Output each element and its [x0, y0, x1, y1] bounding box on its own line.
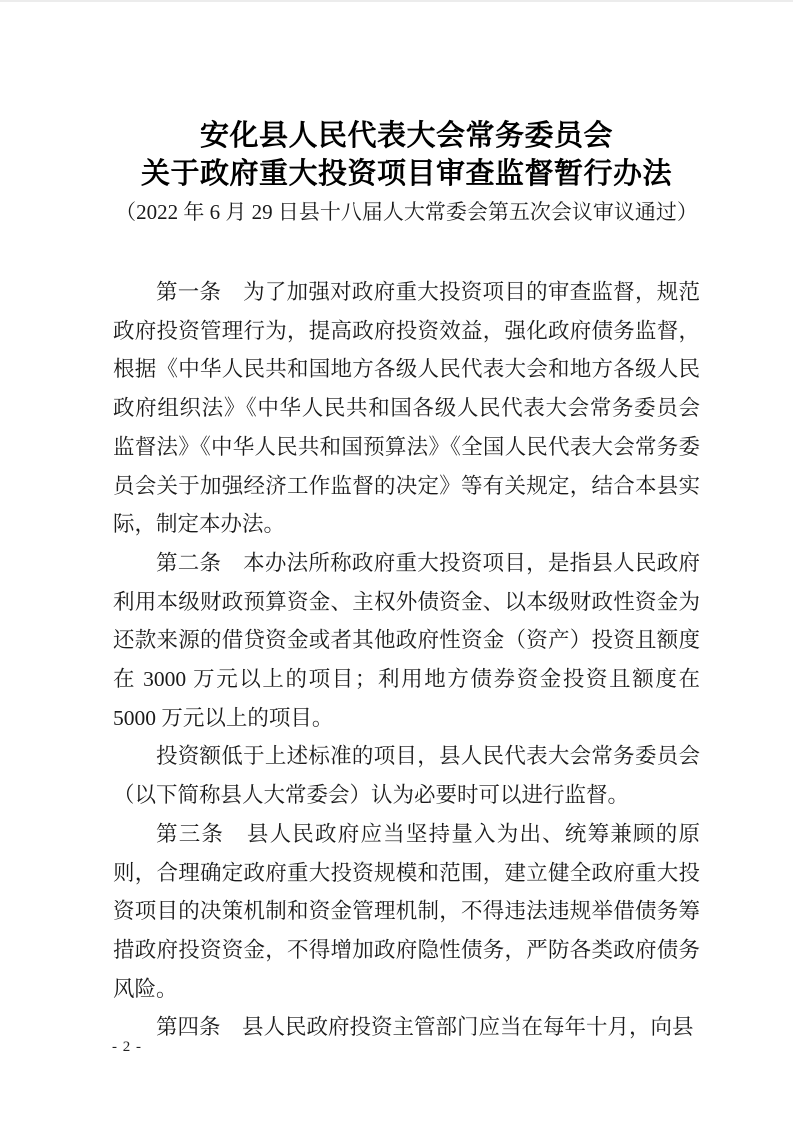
body-paragraph: 第四条 县人民政府投资主管部门应当在每年十月，向县 [113, 1008, 700, 1047]
body-paragraph: 第二条 本办法所称政府重大投资项目，是指县人民政府利用本级财政预算资金、主权外债… [113, 544, 700, 738]
adoption-note: （2022 年 6 月 29 日县十八届人大常委会第五次会议审议通过） [113, 193, 700, 231]
doc-title-line-1: 安化县人民代表大会常务委员会 [113, 117, 700, 155]
page-top-edge [0, 0, 793, 2]
document-body: 第一条 为了加强对政府重大投资项目的审查监督，规范政府投资管理行为，提高政府投资… [113, 273, 700, 1047]
body-paragraph: 第一条 为了加强对政府重大投资项目的审查监督，规范政府投资管理行为，提高政府投资… [113, 273, 700, 544]
body-paragraph: 第三条 县人民政府应当坚持量入为出、统筹兼顾的原则，合理确定政府重大投资规模和范… [113, 815, 700, 1009]
body-paragraph: 投资额低于上述标准的项目，县人民代表大会常务委员会（以下简称县人大常委会）认为必… [113, 737, 700, 814]
doc-title-block: 安化县人民代表大会常务委员会 关于政府重大投资项目审查监督暂行办法 （2022 … [113, 117, 700, 231]
document-page: 安化县人民代表大会常务委员会 关于政府重大投资项目审查监督暂行办法 （2022 … [0, 0, 793, 1122]
doc-title-line-2: 关于政府重大投资项目审查监督暂行办法 [113, 155, 700, 193]
page-number: - 2 - [112, 1037, 142, 1057]
